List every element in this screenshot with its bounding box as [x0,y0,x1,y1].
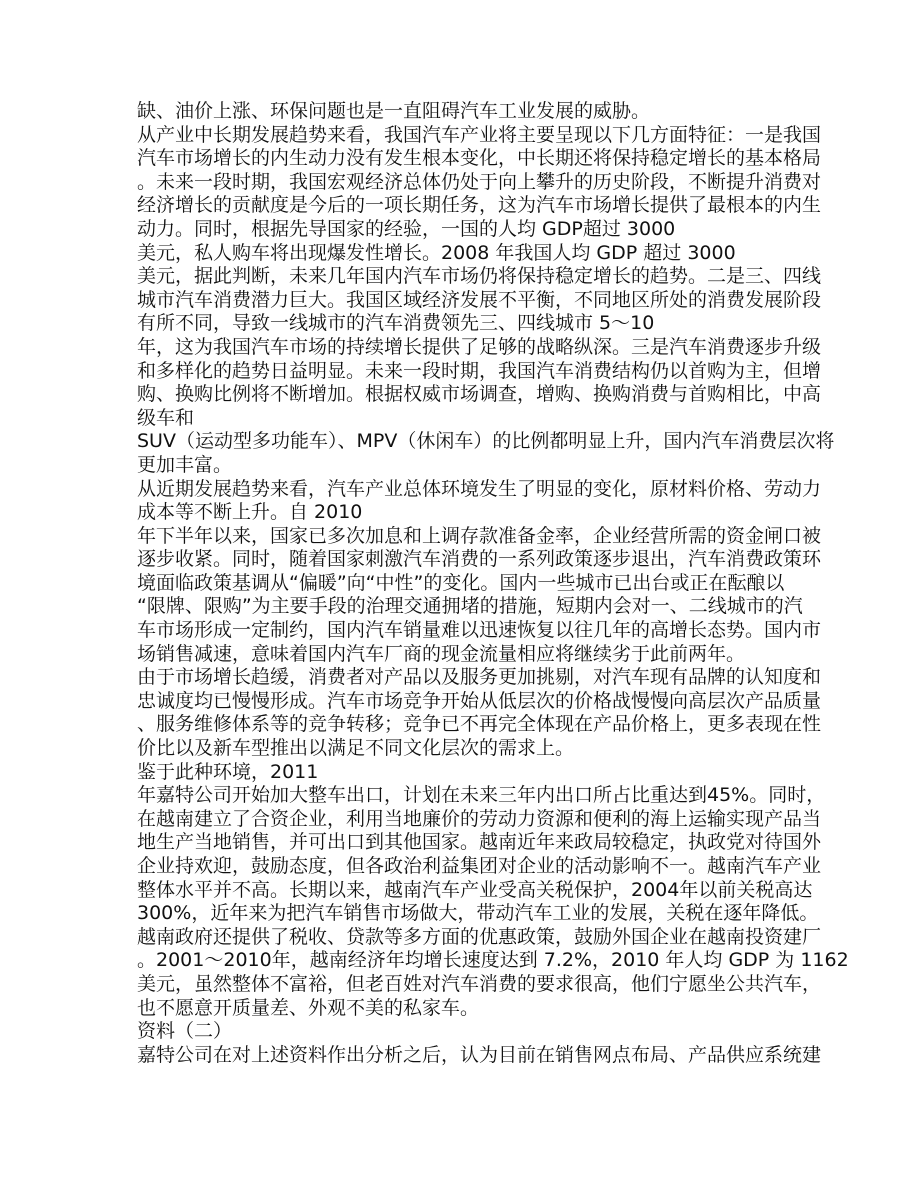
text-line: 企业持欢迎，鼓励态度，但各政治利益集团对企业的活动影响不一。越南汽车产业 [137,855,797,879]
text-line: 逐步收紧。同时，随着国家刺激汽车消费的一系列政策逐步退出，汽车消费政策环 [137,548,797,572]
text-line: 城市汽车消费潜力巨大。我国区域经济发展不平衡，不同地区所处的消费发展阶段 [137,289,797,313]
text-line: SUV（运动型多功能车）、MPV（休闲车）的比例都明显上升，国内汽车消费层次将 [137,430,797,454]
text-line: 由于市场增长趋缓，消费者对产品以及服务更加挑剔，对汽车现有品牌的认知度和 [137,666,797,690]
text-line: 缺、油价上涨、环保问题也是一直阻碍汽车工业发展的威胁。 [137,100,797,124]
text-line: 有所不同，导致一线城市的汽车消费领先三、四线城市 5～10 [137,312,797,336]
text-line: “限牌、限购”为主要手段的治理交通拥堵的措施，短期内会对一、二线城市的汽 [137,595,797,619]
text-line: 整体水平并不高。长期以来，越南汽车产业受高关税保护，2004年以前关税高达 [137,879,797,903]
text-line: 从产业中长期发展趋势来看，我国汽车产业将主要呈现以下几方面特征：一是我国 [137,124,797,148]
text-line: 美元，私人购车将出现爆发性增长。2008 年我国人均 GDP 超过 3000 [137,242,797,266]
text-line: 嘉特公司在对上述资料作出分析之后，认为目前在销售网点布局、产品供应系统建 [137,1044,797,1068]
text-line: 汽车市场增长的内生动力没有发生根本变化，中长期还将保持稳定增长的基本格局 [137,147,797,171]
text-line: 年，这为我国汽车市场的持续增长提供了足够的战略纵深。三是汽车消费逐步升级 [137,336,797,360]
text-line: 和多样化的趋势日益明显。未来一段时期，我国汽车消费结构仍以首购为主，但增 [137,360,797,384]
text-line: 忠诚度均已慢慢形成。汽车市场竞争开始从低层次的价格战慢慢向高层次产品质量 [137,690,797,714]
text-line: 地生产当地销售，并可出口到其他国家。越南近年来政局较稳定，执政党对待国外 [137,831,797,855]
text-line: 价比以及新车型推出以满足不同文化层次的需求上。 [137,737,797,761]
text-line: 也不愿意开质量差、外观不美的私家车。 [137,997,797,1021]
text-line: 动力。同时，根据先导国家的经验，一国的人均 GDP超过 3000 [137,218,797,242]
text-line: 境面临政策基调从“偏暖”向“中性”的变化。国内一些城市已出台或正在酝酿以 [137,572,797,596]
text-line: 场销售减速，意味着国内汽车厂商的现金流量相应将继续劣于此前两年。 [137,643,797,667]
text-line: 在越南建立了合资企业，利用当地廉价的劳动力资源和便利的海上运输实现产品当 [137,808,797,832]
text-line: 成本等不断上升。自 2010 [137,501,797,525]
text-line: 从近期发展趋势来看，汽车产业总体环境发生了明显的变化，原材料价格、劳动力 [137,478,797,502]
text-line: 经济增长的贡献度是今后的一项长期任务，这为汽车市场增长提供了最根本的内生 [137,194,797,218]
text-line: 购、换购比例将不断增加。根据权威市场调查，增购、换购消费与首购相比，中高 [137,383,797,407]
text-line: 年嘉特公司开始加大整车出口，计划在未来三年内出口所占比重达到45%。同时， [137,784,797,808]
text-line: 鉴于此种环境，2011 [137,761,797,785]
text-line: 300%，近年来为把汽车销售市场做大，带动汽车工业的发展，关税在逐年降低。 [137,902,797,926]
text-line: 车市场形成一定制约，国内汽车销量难以迅速恢复以往几年的高增长态势。国内市 [137,619,797,643]
text-line: 。2001～2010年，越南经济年均增长速度达到 7.2%，2010 年人均 G… [137,949,797,973]
text-line: 年下半年以来，国家已多次加息和上调存款准备金率，企业经营所需的资金闸口被 [137,525,797,549]
text-line: 、服务维修体系等的竞争转移；竞争已不再完全体现在产品价格上，更多表现在性 [137,713,797,737]
text-line: 越南政府还提供了税收、贷款等多方面的优惠政策，鼓励外国企业在越南投资建厂 [137,926,797,950]
text-line: 。未来一段时期，我国宏观经济总体仍处于向上攀升的历史阶段，不断提升消费对 [137,171,797,195]
text-line: 美元，虽然整体不富裕，但老百姓对汽车消费的要求很高，他们宁愿坐公共汽车， [137,973,797,997]
text-line: 级车和 [137,407,797,431]
section-heading: 资料（二） [137,1020,797,1044]
text-line: 更加丰富。 [137,454,797,478]
text-line: 美元，据此判断，未来几年国内汽车市场仍将保持稳定增长的趋势。二是三、四线 [137,265,797,289]
document-page: 缺、油价上涨、环保问题也是一直阻碍汽车工业发展的威胁。 从产业中长期发展趋势来看… [137,100,797,1067]
